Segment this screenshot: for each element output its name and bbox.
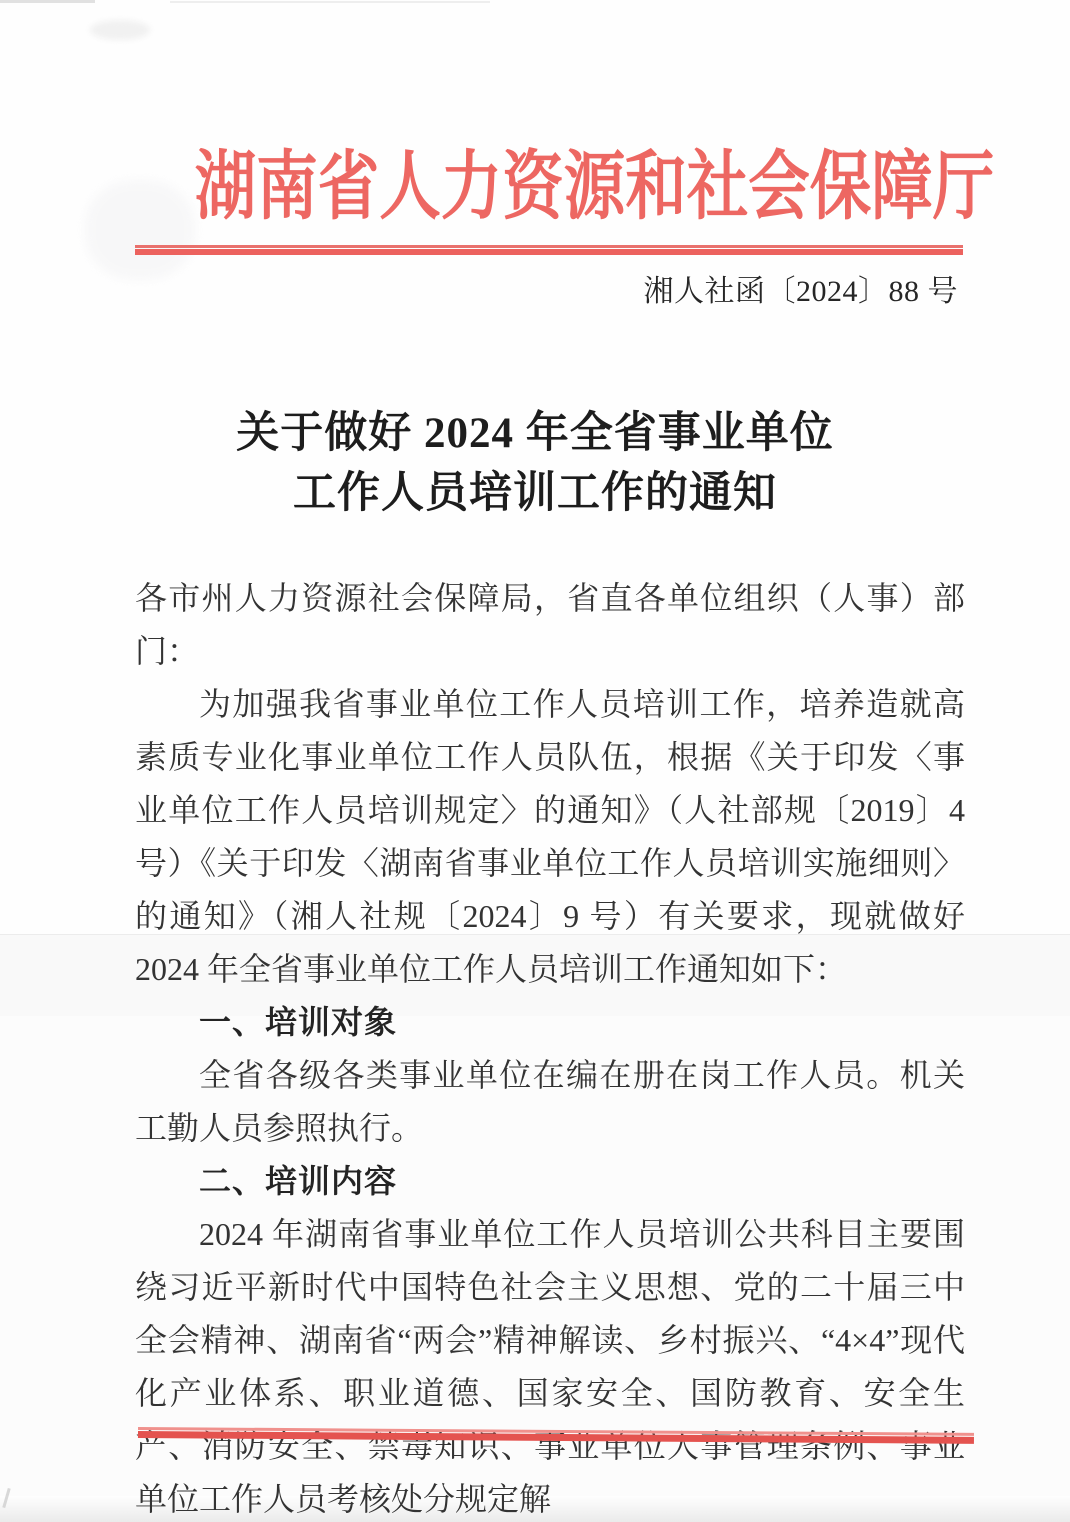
paragraph-training-content: 2024 年湖南省事业单位工作人员培训公共科目主要围绕习近平新时代中国特色社会主… [135, 1208, 965, 1522]
document-title-line-1: 关于做好 2024 年全省事业单位 [0, 404, 1070, 464]
document-page: 湖南省人力资源和社会保障厅 湘人社函〔2024〕88 号 关于做好 2024 年… [0, 0, 1070, 1522]
letterhead-divider-thick-line [135, 249, 963, 255]
issuing-org-title: 湖南省人力资源和社会保障厅 [195, 150, 876, 225]
document-number: 湘人社函〔2024〕88 号 [644, 266, 959, 310]
scan-artifact-smudge [85, 180, 195, 280]
scan-artifact-smudge [90, 20, 150, 40]
scan-artifact-top-edge-light [170, 1, 490, 3]
letterhead-divider-thin-line [135, 245, 963, 248]
section-heading-training-content: 二、培训内容 [135, 1155, 965, 1208]
document-title: 关于做好 2024 年全省事业单位 工作人员培训工作的通知 [0, 404, 1070, 524]
section-heading-training-targets: 一、培训对象 [135, 996, 965, 1049]
salutation-line: 各市州人力资源社会保障局，省直各单位组织（人事）部门： [135, 572, 965, 678]
document-title-line-2: 工作人员培训工作的通知 [0, 464, 1070, 524]
paragraph-training-targets: 全省各级各类事业单位在编在册在岗工作人员。机关工勤人员参照执行。 [135, 1049, 965, 1155]
document-body: 各市州人力资源社会保障局，省直各单位组织（人事）部门： 为加强我省事业单位工作人… [135, 572, 965, 1522]
scan-artifact-top-edge-dark [0, 0, 95, 3]
letterhead-divider-rule [135, 245, 963, 255]
scan-artifact-corner-mark [2, 1488, 10, 1508]
paragraph-policy-basis: 为加强我省事业单位工作人员培训工作，培养造就高素质专业化事业单位工作人员队伍，根… [135, 678, 965, 996]
